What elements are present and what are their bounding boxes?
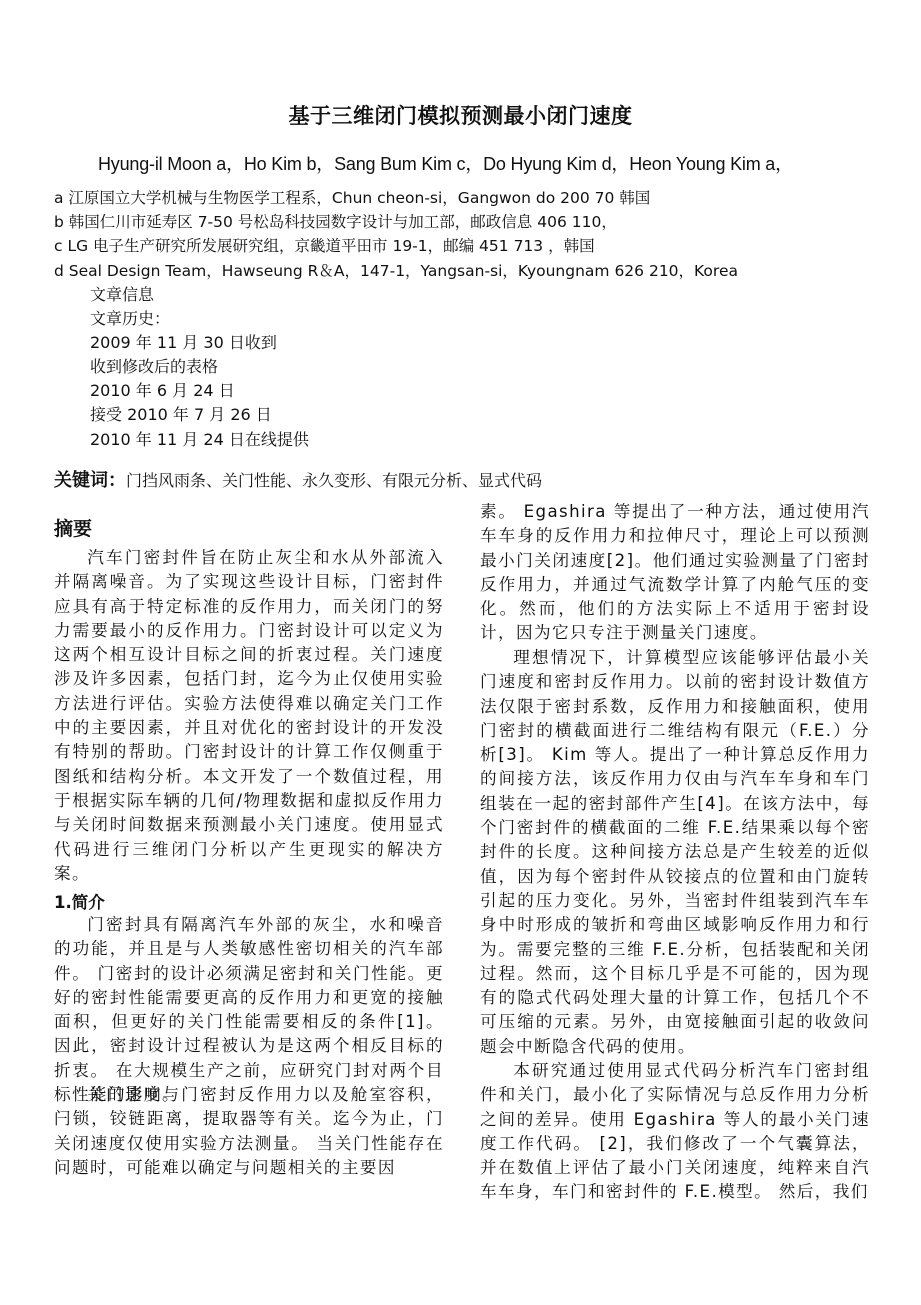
intro-paragraph-2-continued: 素。 Egashira 等提出了一种方法，通过使用汽车车身的反作用力和拉伸尺寸，… bbox=[480, 500, 870, 646]
article-info-heading: 文章信息 bbox=[90, 283, 154, 307]
history-revised-label: 收到修改后的表格 bbox=[90, 355, 218, 379]
keywords: 关键词：门挡风雨条、关门性能、永久变形、有限元分析、显式代码 bbox=[54, 466, 542, 492]
paper-title: 基于三维闭门模拟预测最小闭门速度 bbox=[0, 100, 921, 130]
intro-paragraph-3: 理想情况下，计算模型应该能够评估最小关门速度和密封反作用力。以前的密封设计数值方… bbox=[480, 646, 870, 1059]
article-history-label: 文章历史： bbox=[90, 307, 170, 331]
affiliation-a: a 江原国立大学机械与生物医学工程系，Chun cheon-si，Gangwon… bbox=[54, 186, 650, 210]
intro-paragraph-4: 本研究通过使用显式代码分析汽车门密封组件和关门，最小化了实际情况与总反作用力分析… bbox=[480, 1059, 870, 1205]
history-received: 2009 年 11 月 30 日收到 bbox=[90, 331, 277, 355]
keywords-label: 关键词： bbox=[54, 470, 126, 491]
keywords-text: 门挡风雨条、关门性能、永久变形、有限元分析、显式代码 bbox=[126, 471, 542, 490]
abstract-text: 汽车门密封件旨在防止灰尘和水从外部流入并隔离噪音。为了实现这些设计目标，门密封件… bbox=[54, 546, 444, 886]
introduction-heading: 1.简介 bbox=[54, 889, 105, 913]
affiliation-c: c LG 电子生产研究所发展研究组，京畿道平田市 19-1，邮编 451 713… bbox=[54, 234, 595, 258]
author-list: Hyung-il Moon a，Ho Kim b，Sang Bum Kim c，… bbox=[98, 150, 793, 176]
affiliation-b: b 韩国仁川市延寿区 7-50 号松岛科技园数字设计与加工部，邮政信息 406 … bbox=[54, 210, 617, 234]
history-revised-date: 2010 年 6 月 24 日 bbox=[90, 379, 235, 403]
abstract-heading: 摘要 bbox=[54, 514, 92, 541]
history-online: 2010 年 11 月 24 日在线提供 bbox=[90, 428, 309, 452]
history-accepted: 接受 2010 年 7 月 26 日 bbox=[90, 403, 272, 427]
affiliation-d: d Seal Design Team，Hawseung R＆A，147-1，Ya… bbox=[54, 259, 738, 283]
intro-paragraph-2: 关门速度与门密封反作用力以及舱室容积，闩锁，铰链距离，提取器等有关。迄今为止，门… bbox=[54, 1083, 444, 1180]
intro-paragraph-1: 门密封具有隔离汽车外部的灰尘，水和噪音的功能，并且是与人类敏感性密切相关的汽车部… bbox=[54, 913, 444, 1107]
